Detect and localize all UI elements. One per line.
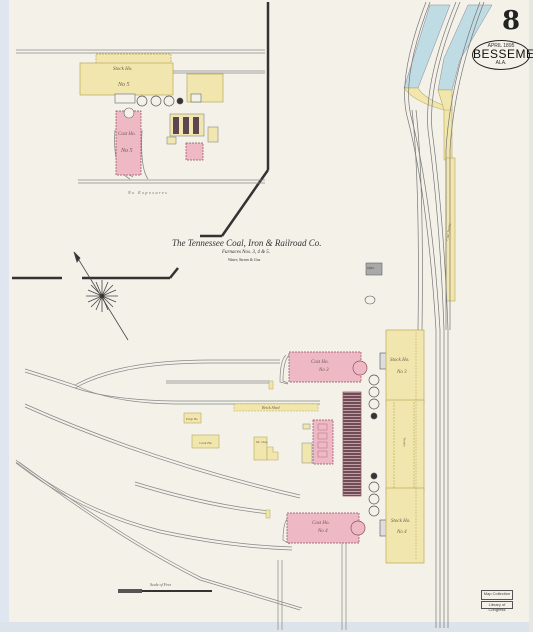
stock-house-no3-number: No 3 bbox=[397, 370, 407, 375]
small-shed-b bbox=[302, 443, 312, 463]
library-stamp-top: Map Collection bbox=[481, 590, 513, 600]
inset-small-shed bbox=[208, 127, 218, 142]
machine-shop-annex bbox=[267, 447, 278, 460]
cast-house-no5 bbox=[116, 111, 141, 175]
stock-house-no3-label: Stock Ho. bbox=[390, 358, 409, 363]
ore-bins bbox=[343, 392, 361, 496]
yard-rail-tracks bbox=[16, 355, 346, 630]
cook-house-label: Cook Ho. bbox=[199, 441, 212, 445]
machine-shop-label: Mc. Shop bbox=[256, 440, 267, 444]
cast-house-no5-label: Cast Ho. bbox=[118, 132, 136, 137]
stock-house-no5 bbox=[80, 54, 173, 95]
company-title: The Tennessee Coal, Iron & Railroad Co. bbox=[172, 238, 322, 248]
company-note: Water, Steam & Gas bbox=[228, 257, 260, 262]
furnace-no3 bbox=[353, 361, 367, 375]
company-subtitle: Furnaces Nos. 3, 4 & 5. bbox=[222, 250, 270, 255]
furnace-no4 bbox=[351, 521, 365, 535]
page-number: 8 bbox=[502, 6, 520, 36]
cast-house-no3 bbox=[289, 352, 361, 382]
compass-rose-icon bbox=[74, 252, 128, 340]
cast-house-no4-number: No 4 bbox=[318, 529, 328, 534]
stock-house-no5-number: No 5 bbox=[118, 82, 130, 88]
hot-blast-stoves bbox=[369, 375, 379, 516]
inset-stoves bbox=[137, 96, 183, 106]
cast-house-no5-number: No 5 bbox=[121, 148, 133, 154]
map-drawing bbox=[0, 0, 533, 632]
office-label: Office bbox=[367, 266, 374, 270]
inset-ore-bins bbox=[170, 114, 204, 136]
inset-street-label: No Exposures bbox=[128, 190, 168, 195]
small-shed-a bbox=[303, 424, 310, 429]
inset-boiler bbox=[191, 94, 201, 102]
scale-bar bbox=[118, 589, 212, 593]
library-stamp-bottom: Library of Congress bbox=[481, 601, 513, 609]
inset-brick-building bbox=[186, 143, 203, 160]
scale-label: Scale of Feet bbox=[150, 582, 171, 587]
brick-shed-label: Brick Shed bbox=[262, 405, 279, 410]
switch-house-b bbox=[266, 510, 270, 518]
stock-house-no4-number: No 4 bbox=[397, 530, 407, 535]
cast-house-no3-label: Cast Ho. bbox=[311, 360, 329, 365]
stamp-bottom-text: Library of Congress bbox=[488, 602, 505, 612]
boiler-house bbox=[313, 420, 333, 464]
stock-house-no4-label: Stock Ho. bbox=[391, 519, 410, 524]
trestle-label: Trestle bbox=[403, 437, 407, 446]
switch-house-a bbox=[269, 381, 273, 389]
stamp-top-text: Map Collection bbox=[484, 591, 510, 596]
cartouche-city: BESSEMER bbox=[473, 49, 529, 60]
cast-house-no3-number: No 3 bbox=[319, 368, 329, 373]
well bbox=[365, 296, 375, 304]
inset-engine-house bbox=[115, 94, 135, 103]
inset-shed bbox=[167, 137, 176, 144]
pump-house-label: Pump Ho. bbox=[186, 417, 198, 421]
inset-furnace bbox=[124, 108, 134, 118]
cast-house-no4 bbox=[287, 513, 359, 543]
stock-house-no5-label: Stock Ho. bbox=[113, 67, 132, 72]
cast-house-no4-label: Cast Ho. bbox=[312, 521, 330, 526]
city-cartouche: APRIL 1895 BESSEMER ALA. bbox=[472, 40, 530, 70]
